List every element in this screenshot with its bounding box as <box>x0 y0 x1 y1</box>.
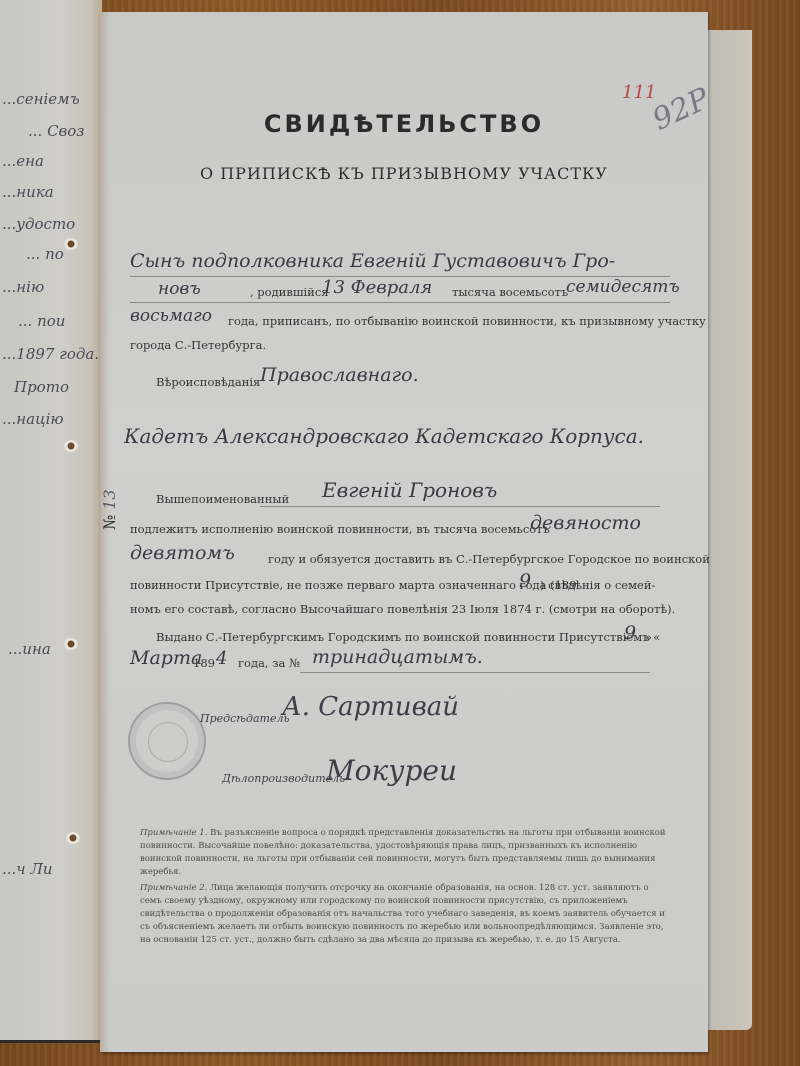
margin-registry-number: № 13 <box>100 489 119 530</box>
left-page-text: ... пои <box>18 312 65 330</box>
fill-line <box>300 672 650 673</box>
left-page-text: Прото <box>14 378 69 396</box>
note-1: Примѣчаніе 1. Въ разъясненіе вопроса о п… <box>140 827 670 879</box>
print-text: Выдано С.-Петербургскимъ Городскимъ по в… <box>156 630 660 644</box>
print-text: подлежитъ исполненію воинской повинности… <box>130 522 550 536</box>
print-text: года, за № <box>238 656 300 670</box>
number-sign: № <box>100 515 119 530</box>
print-text: года, приписанъ, по отбыванію воинской п… <box>228 314 706 328</box>
note-1-text: Въ разъясненіе вопроса о порядкѣ предста… <box>140 828 666 877</box>
mentioned-label: Вышепоименованный <box>156 492 289 506</box>
chairman-label: Предсѣдатель <box>200 712 289 725</box>
handwritten-issue-day: 9 <box>624 622 636 644</box>
note-1-label: Примѣчаніе 1. <box>140 828 207 838</box>
handwritten-service-year-1: девяносто <box>530 512 641 534</box>
binding-gutter <box>100 12 110 1052</box>
left-page-text: ...націю <box>2 410 64 428</box>
left-page-text: ...сеніемъ <box>2 90 80 108</box>
left-page-text: ...нію <box>2 278 44 296</box>
handwritten-religion: Православнаго. <box>260 364 419 386</box>
print-text: , родившійся <box>250 285 329 299</box>
left-page-text: ...удосто <box>2 215 75 233</box>
document-subtitle: О ПРИПИСКѢ КЪ ПРИЗЫВНОМУ УЧАСТКУ <box>100 164 708 183</box>
print-text: году и обязуется доставить въ С.-Петербу… <box>268 552 710 566</box>
handwritten-service-year-2: девятомъ <box>130 542 235 564</box>
left-page-text: ...1897 года. <box>2 345 99 363</box>
handwritten-birth-year-1: семидесятъ <box>566 277 680 297</box>
binding-hole <box>64 638 78 650</box>
official-seal <box>128 702 206 780</box>
note-2-label: Примѣчаніе 2. <box>140 883 207 893</box>
margin-number-value: 13 <box>100 489 119 509</box>
chairman-signature: А. Сартивай <box>282 692 459 722</box>
note-2: Примѣчаніе 2. Лица желающія получить отс… <box>140 882 670 947</box>
left-page-text: ... Своз <box>28 122 85 140</box>
print-text: тысяча восемьсотъ <box>452 285 568 299</box>
handwritten-birth-year-2: восьмаго <box>130 306 212 326</box>
handwritten-status-line: Кадетъ Александровскаго Кадетскаго Корпу… <box>124 424 644 448</box>
print-text: » <box>645 630 652 644</box>
binding-hole <box>64 440 78 452</box>
print-text: номъ его составѣ, согласно Высочайшаго п… <box>130 602 675 616</box>
left-page-previous-sheet: ...сеніемъ ... Своз ...ена ...ника ...уд… <box>0 0 102 1043</box>
handwritten-birth-date: 13 Февраля <box>322 277 432 298</box>
red-pencil-mark: 111 <box>622 82 656 103</box>
left-page-text: ...ина <box>8 640 51 658</box>
certificate-page: 111 92Р СВИДѢТЕЛЬСТВО О ПРИПИСКѢ КЪ ПРИЗ… <box>100 12 708 1052</box>
handwritten-issue-month: Марта <box>130 647 202 669</box>
fill-line <box>260 506 660 507</box>
binding-hole <box>64 238 78 250</box>
handwritten-issue-year-digit: 4 <box>216 648 227 669</box>
handwritten-surname-end: новъ <box>158 279 201 299</box>
left-page-text: ... по <box>26 245 64 263</box>
binding-hole <box>66 832 80 844</box>
handwritten-registry-number: тринадцатымъ. <box>312 646 483 668</box>
print-text: ) свѣдѣнія о семей- <box>540 578 655 592</box>
handwritten-subject-line: Сынъ подполковника Евгеній Густавовичъ Г… <box>130 250 615 272</box>
print-text: 189 <box>193 656 215 670</box>
note-2-text: Лица желающія получить отсрочку на оконч… <box>140 883 665 945</box>
left-page-text: ...ч Ли <box>2 860 53 878</box>
handwritten-name: Евгеній Гроновъ <box>322 478 497 502</box>
fill-line <box>130 302 670 303</box>
print-text: города С.-Петербурга. <box>130 338 266 352</box>
religion-label: Вѣроисповѣданія <box>156 375 260 389</box>
left-page-text: ...ника <box>2 183 54 201</box>
document-title: СВИДѢТЕЛЬСТВО <box>100 110 708 138</box>
left-page-text: ...ена <box>2 152 44 170</box>
handwritten-year-digit: 9 <box>519 570 531 592</box>
print-text: повинности Присутствіе, не позже перваго… <box>130 578 577 592</box>
clerk-signature: Мокуреи <box>326 754 457 787</box>
